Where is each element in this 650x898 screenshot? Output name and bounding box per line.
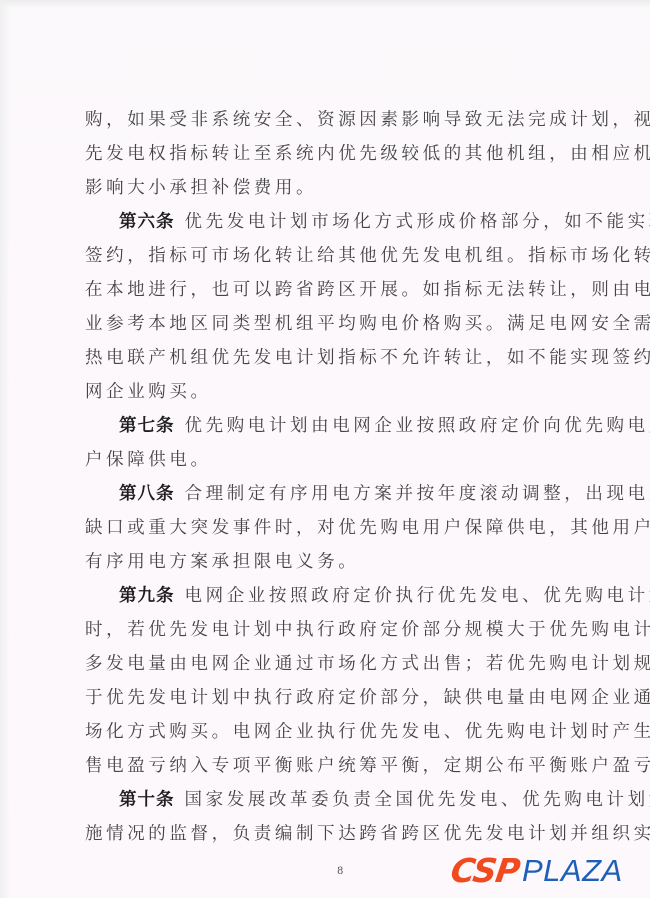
article-8-line: 第八条合理制定有序用电方案并按年度滚动调整，出现电力: [85, 477, 620, 511]
article-7-text: 优先购电计划由电网企业按照政府定价向优先购电用: [185, 416, 650, 436]
text-line: 售电盈亏纳入专项平衡账户统筹平衡，定期公布平衡账户盈亏情况。: [85, 749, 620, 783]
logo-csp-text: CSP: [448, 853, 521, 889]
article-6-line: 第六条优先发电计划市场化方式形成价格部分，如不能实现: [85, 205, 620, 239]
text-line: 于优先发电计划中执行政府定价部分，缺供电量由电网企业通过市: [85, 681, 620, 715]
text-line: 缺口或重大突发事件时，对优先购电用户保障供电，其他用户按照: [85, 511, 620, 545]
text-line: 影响大小承担补偿费用。: [85, 171, 620, 205]
csp-plaza-watermark-logo: CSP PLAZA: [451, 853, 623, 889]
text-line: 签约，指标可市场化转让给其他优先发电机组。指标市场化转让可: [85, 239, 620, 273]
article-10-text: 国家发展改革委负责全国优先发电、优先购电计划实: [185, 790, 650, 810]
article-8-title: 第八条: [119, 484, 175, 504]
article-9-title: 第九条: [119, 586, 175, 606]
document-body: 购，如果受非系统安全、资源因素影响导致无法完成计划，视为优 先发电权指标转让至系…: [85, 103, 620, 851]
document-page: 购，如果受非系统安全、资源因素影响导致无法完成计划，视为优 先发电权指标转让至系…: [0, 0, 650, 898]
article-6-text: 优先发电计划市场化方式形成价格部分，如不能实现: [185, 212, 650, 232]
text-line: 时，若优先发电计划中执行政府定价部分规模大于优先购电计划，: [85, 613, 620, 647]
text-line: 场化方式购买。电网企业执行优先发电、优先购电计划时产生的购: [85, 715, 620, 749]
article-10-line: 第十条国家发展改革委负责全国优先发电、优先购电计划实: [85, 783, 620, 817]
text-line: 热电联产机组优先发电计划指标不允许转让，如不能实现签约由电: [85, 341, 620, 375]
text-line: 业参考本地区同类型机组平均购电价格购买。满足电网安全需要及: [85, 307, 620, 341]
text-line: 在本地进行，也可以跨省跨区开展。如指标无法转让，则由电网企: [85, 273, 620, 307]
logo-plaza-text: PLAZA: [522, 853, 623, 889]
article-9-text: 电网企业按照政府定价执行优先发电、优先购电计划: [185, 586, 650, 606]
article-7-title: 第七条: [119, 416, 175, 436]
text-line: 购，如果受非系统安全、资源因素影响导致无法完成计划，视为优: [85, 103, 620, 137]
scan-left-edge: [0, 0, 10, 898]
scan-top-edge: [0, 0, 650, 8]
article-10-title: 第十条: [119, 790, 175, 810]
page-number: 8: [337, 866, 343, 877]
article-9-line: 第九条电网企业按照政府定价执行优先发电、优先购电计划: [85, 579, 620, 613]
text-line: 有序用电方案承担限电义务。: [85, 545, 620, 579]
text-line: 多发电量由电网企业通过市场化方式出售；若优先购电计划规模大: [85, 647, 620, 681]
article-8-text: 合理制定有序用电方案并按年度滚动调整，出现电力: [185, 484, 650, 504]
text-line: 先发电权指标转让至系统内优先级较低的其他机组，由相应机组按: [85, 137, 620, 171]
text-line: 户保障供电。: [85, 443, 620, 477]
article-6-title: 第六条: [119, 212, 175, 232]
text-line: 施情况的监督，负责编制下达跨省跨区优先发电计划并组织实施；: [85, 817, 620, 851]
article-7-line: 第七条优先购电计划由电网企业按照政府定价向优先购电用: [85, 409, 620, 443]
text-line: 网企业购买。: [85, 375, 620, 409]
